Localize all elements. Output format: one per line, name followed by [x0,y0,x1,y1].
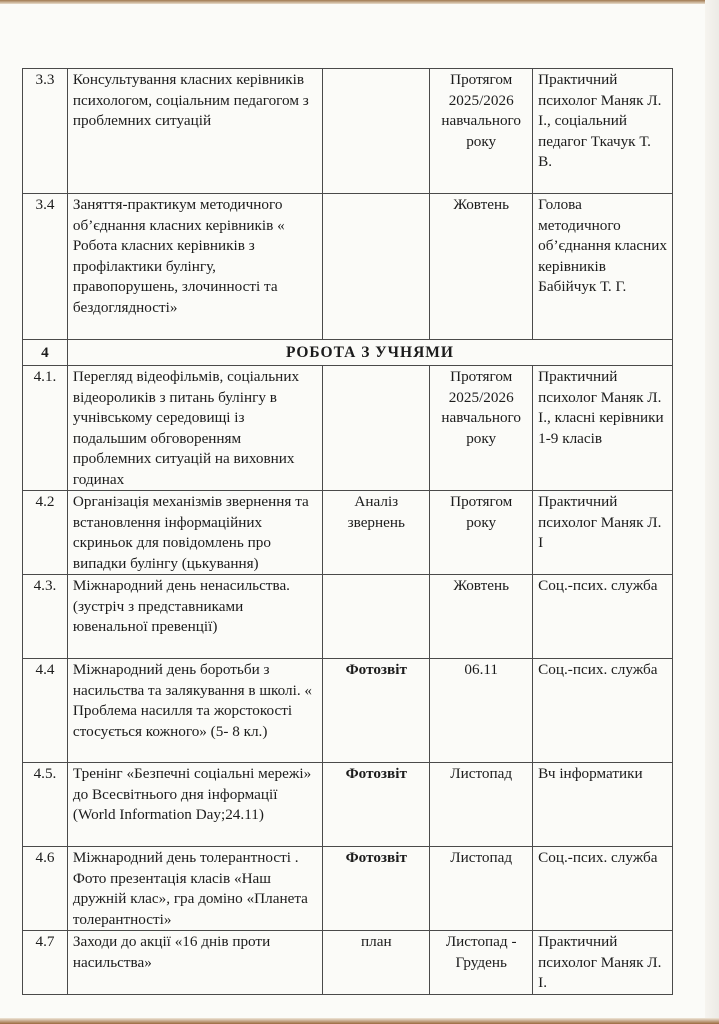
term-cell: Листопад [430,847,533,931]
page-edge-top [0,0,719,4]
activity-cell: Перегляд відеофільмів, соціальних відеор… [67,366,322,491]
term-cell: Протягом 2025/2026 навчального року [430,69,533,194]
form-cell: Фотозвіт [323,659,430,763]
term-cell: Протягом року [430,491,533,575]
responsible-cell: Вч інформатики [533,763,673,847]
form-cell [323,69,430,194]
table-row: 3.4 Заняття-практикум методичного об’єдн… [23,194,673,340]
form-cell [323,366,430,491]
form-cell: Фотозвіт [323,763,430,847]
activity-cell: Міжнародний день ненасильства.(зустріч з… [67,575,322,659]
responsible-cell: Практичний психолог Маняк Л. І [533,491,673,575]
table-row: 4.5. Тренінг «Безпечні соціальні мережі»… [23,763,673,847]
row-number: 4.1. [23,366,68,491]
term-cell: Протягом 2025/2026 навчального року [430,366,533,491]
page-edge-right [705,0,719,1024]
table-row: 3.3 Консультування класних керівників пс… [23,69,673,194]
activity-plan-table: 3.3 Консультування класних керівників пс… [22,68,673,995]
row-number: 3.4 [23,194,68,340]
table-row: 4.7 Заходи до акції «16 днів проти насил… [23,931,673,995]
row-number: 4.7 [23,931,68,995]
row-number: 4.6 [23,847,68,931]
form-cell [323,575,430,659]
section-header-row: 4 РОБОТА З УЧНЯМИ [23,340,673,366]
table-row: 4.1. Перегляд відеофільмів, соціальних в… [23,366,673,491]
responsible-cell: Соц.-псих. служба [533,659,673,763]
row-number: 4.2 [23,491,68,575]
activity-cell: Консультування класних керівників психол… [67,69,322,194]
row-number: 4.5. [23,763,68,847]
term-cell: Листопад - Грудень [430,931,533,995]
term-cell: Листопад [430,763,533,847]
term-cell: Жовтень [430,575,533,659]
form-cell [323,194,430,340]
table-row: 4.3. Міжнародний день ненасильства.(зуст… [23,575,673,659]
responsible-cell: Практичний психолог Маняк Л. І. [533,931,673,995]
table-row: 4.2 Організація механізмів звернення та … [23,491,673,575]
term-cell: Жовтень [430,194,533,340]
responsible-cell: Голова методичного об’єднання класних ке… [533,194,673,340]
activity-cell: Організація механізмів звернення та вста… [67,491,322,575]
row-number: 4.4 [23,659,68,763]
page-edge-bottom [0,1018,719,1024]
term-cell: 06.11 [430,659,533,763]
section-number: 4 [23,340,68,366]
activity-cell: Міжнародний день толерантності . Фото пр… [67,847,322,931]
form-cell: план [323,931,430,995]
activity-cell: Заняття-практикум методичного об’єднання… [67,194,322,340]
row-number: 3.3 [23,69,68,194]
responsible-cell: Соц.-псих. служба [533,575,673,659]
section-title: РОБОТА З УЧНЯМИ [67,340,672,366]
activity-cell: Тренінг «Безпечні соціальні мережі» до В… [67,763,322,847]
table-row: 4.6 Міжнародний день толерантності . Фот… [23,847,673,931]
row-number: 4.3. [23,575,68,659]
activity-cell: Заходи до акції «16 днів проти насильств… [67,931,322,995]
table-row: 4.4 Міжнародний день боротьби з насильст… [23,659,673,763]
responsible-cell: Практичний психолог Маняк Л. І., класні … [533,366,673,491]
responsible-cell: Соц.-псих. служба [533,847,673,931]
responsible-cell: Практичний психолог Маняк Л. І., соціаль… [533,69,673,194]
form-cell: Аналіз звернень [323,491,430,575]
activity-cell: Міжнародний день боротьби з насильства т… [67,659,322,763]
form-cell: Фотозвіт [323,847,430,931]
